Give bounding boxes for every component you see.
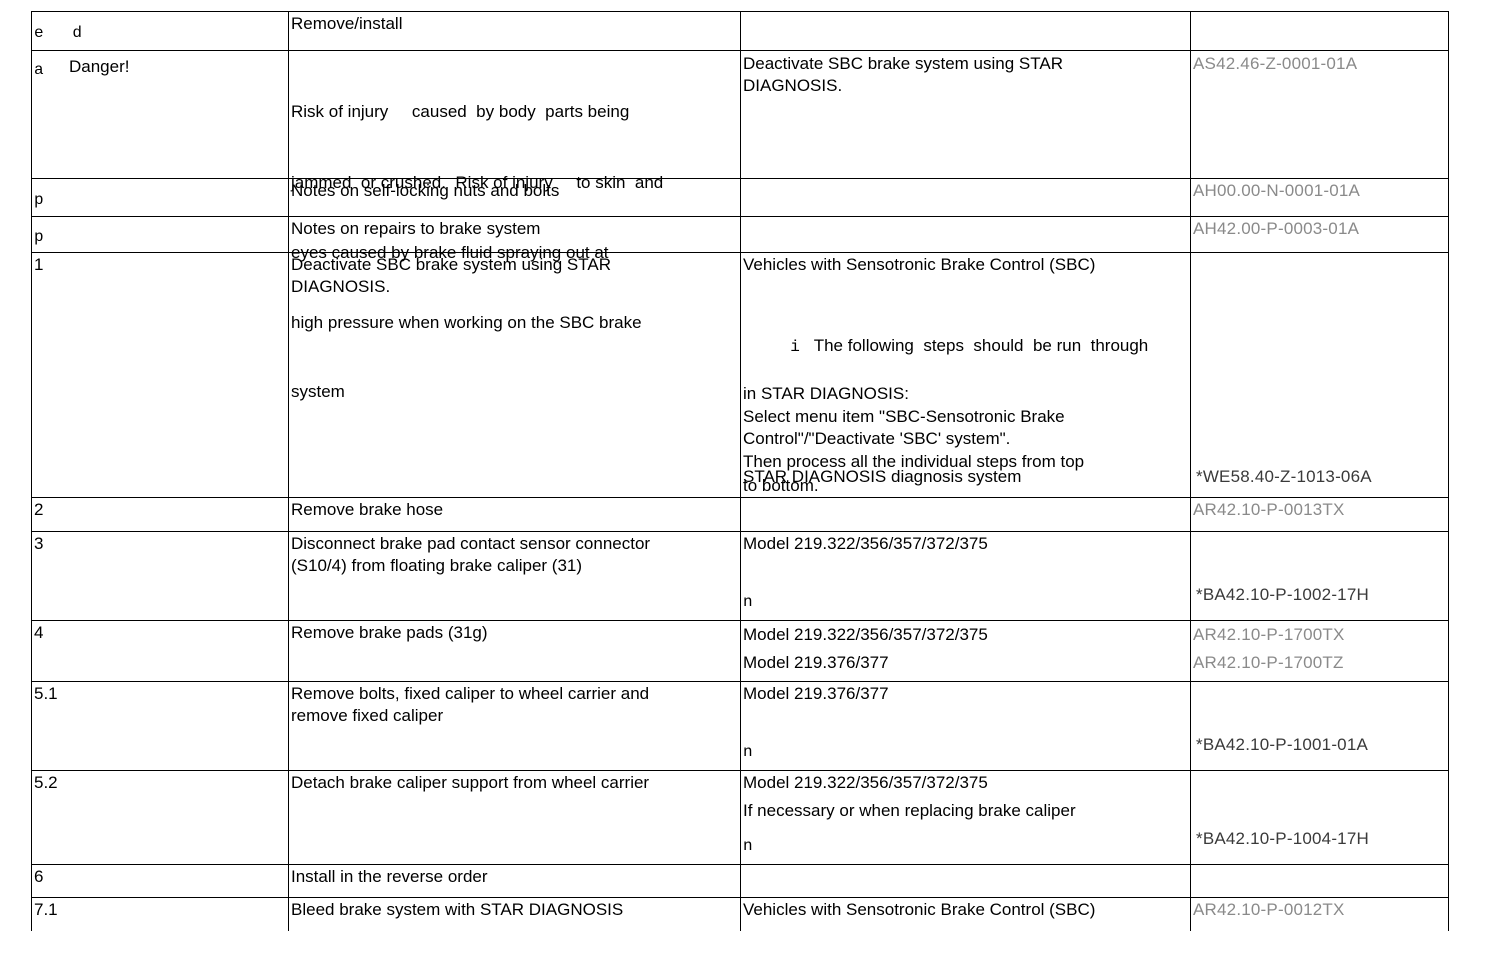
step-cell: 5.2 [32, 771, 288, 864]
info-icon: i [790, 338, 800, 356]
step-number: 5.1 [34, 684, 58, 703]
info-line: The following steps should be run throug… [814, 336, 1149, 355]
condition-cell [740, 498, 1190, 531]
table-row: 7.1 Bleed brake system with STAR DIAGNOS… [32, 898, 1448, 931]
condition-cell: Vehicles with Sensotronic Brake Control … [740, 253, 1190, 497]
condition-cell [740, 865, 1190, 897]
description-cell: Bleed brake system with STAR DIAGNOSIS [288, 898, 740, 931]
table-row: 2 Remove brake hose AR42.10-P-0013TX [32, 498, 1448, 532]
description-text: Remove brake hose [291, 500, 443, 519]
table-row: 5.1 Remove bolts, fixed caliper to wheel… [32, 682, 1448, 771]
description-cell: Remove bolts, fixed caliper to wheel car… [288, 682, 740, 770]
step-cell: 7.1 [32, 898, 288, 931]
procedure-icon: n [743, 835, 753, 857]
step-cell: e d [32, 12, 288, 50]
condition-text: Model 219.322/356/357/372/375 [743, 533, 1187, 555]
reference-cell: AR42.10-P-0012TX [1190, 898, 1448, 931]
step-cell: 2 [32, 498, 288, 531]
step-cell: a Danger! [32, 51, 288, 178]
reference-cell: *BA42.10-P-1001-01A [1190, 682, 1448, 770]
table-row: e d Remove/install [32, 12, 1448, 51]
table-row: p Notes on repairs to brake system AH42.… [32, 217, 1448, 253]
step-cell: 1 [32, 253, 288, 497]
description-text: Remove brake pads (31g) [291, 623, 488, 642]
condition-text: Model 219.376/377 [743, 649, 1187, 677]
condition-cell: Model 219.322/356/357/372/375 If necessa… [740, 771, 1190, 864]
description-line: Risk of injury caused by body parts bein… [291, 100, 737, 124]
reference-cell [1190, 865, 1448, 897]
description-text: Notes on repairs to brake system [291, 219, 540, 238]
step-cell: p [32, 179, 288, 216]
step-number: 7.1 [34, 900, 58, 919]
condition-text: If necessary or when replacing brake cal… [743, 800, 1076, 822]
table-row: 3 Disconnect brake pad contact sensor co… [32, 532, 1448, 621]
condition-cell: Deactivate SBC brake system using STAR D… [740, 51, 1190, 178]
description-line: remove fixed caliper [291, 705, 737, 727]
description-text: Install in the reverse order [291, 867, 488, 886]
condition-cell: Model 219.376/377 n [740, 682, 1190, 770]
step-cell: p [32, 217, 288, 252]
description-line: (S10/4) from floating brake caliper (31) [291, 555, 737, 577]
step-number: 3 [34, 534, 43, 553]
repair-procedure-table: e d Remove/install a Danger! Risk of inj… [31, 11, 1449, 931]
remove-install-symbol-icon: e d [34, 22, 82, 44]
step-cell: 5.1 [32, 682, 288, 770]
reference-cell [1190, 12, 1448, 50]
step-number: 5.2 [34, 773, 58, 792]
procedure-reference-link[interactable]: *BA42.10-P-1002-17H [1196, 584, 1369, 606]
step-cell: 4 [32, 621, 288, 681]
condition-line: DIAGNOSIS. [743, 75, 1187, 97]
description-cell: Remove brake pads (31g) [288, 621, 740, 681]
description-line: Deactivate SBC brake system using STAR [291, 254, 737, 276]
description-text: Bleed brake system with STAR DIAGNOSIS [291, 900, 623, 919]
description-cell: Deactivate SBC brake system using STAR D… [288, 253, 740, 497]
description-line: Disconnect brake pad contact sensor conn… [291, 533, 737, 555]
tool-reference-link[interactable]: *WE58.40-Z-1013-06A [1196, 466, 1372, 488]
description-text: Notes on self-locking nuts and bolts [291, 181, 559, 200]
danger-label: Danger! [69, 56, 129, 78]
step-cell: 6 [32, 865, 288, 897]
note-icon: p [34, 189, 44, 211]
condition-line: Deactivate SBC brake system using STAR [743, 53, 1187, 75]
condition-text: Vehicles with Sensotronic Brake Control … [743, 900, 1095, 919]
step-number: 6 [34, 867, 43, 886]
description-cell: Notes on self-locking nuts and bolts [288, 179, 740, 216]
table-row: a Danger! Risk of injury caused by body … [32, 51, 1448, 179]
procedure-icon: n [743, 591, 753, 613]
description-text: Remove/install [291, 14, 403, 33]
description-line: Remove bolts, fixed caliper to wheel car… [291, 683, 737, 705]
description-cell: Install in the reverse order [288, 865, 740, 897]
table-row: 4 Remove brake pads (31g) Model 219.322/… [32, 621, 1448, 682]
document-reference-link[interactable]: AR42.10-P-0013TX [1193, 500, 1345, 519]
table-row: 5.2 Detach brake caliper support from wh… [32, 771, 1448, 865]
note-icon: p [34, 226, 44, 248]
tool-text: STAR DIAGNOSIS diagnosis system [743, 466, 1021, 488]
condition-text: Model 219.322/356/357/372/375 [743, 772, 1187, 794]
procedure-reference-link[interactable]: *BA42.10-P-1004-17H [1196, 828, 1369, 850]
document-reference-link[interactable]: AR42.10-P-0012TX [1193, 900, 1345, 919]
condition-cell [740, 217, 1190, 252]
document-reference-link[interactable]: AH42.00-P-0003-01A [1193, 219, 1359, 238]
condition-text: Model 219.322/356/357/372/375 [743, 621, 1187, 649]
table-row: 6 Install in the reverse order [32, 865, 1448, 898]
description-cell: Remove brake hose [288, 498, 740, 531]
table-row: 1 Deactivate SBC brake system using STAR… [32, 253, 1448, 498]
condition-cell: Model 219.322/356/357/372/375 n [740, 532, 1190, 620]
step-cell: 3 [32, 532, 288, 620]
description-cell: Notes on repairs to brake system [288, 217, 740, 252]
condition-cell: Model 219.322/356/357/372/375 Model 219.… [740, 621, 1190, 681]
document-reference-link[interactable]: AS42.46-Z-0001-01A [1193, 54, 1357, 73]
description-cell: Disconnect brake pad contact sensor conn… [288, 532, 740, 620]
condition-text: Model 219.376/377 [743, 683, 1187, 705]
description-text: Detach brake caliper support from wheel … [291, 773, 649, 792]
reference-cell: AH00.00-N-0001-01A [1190, 179, 1448, 216]
reference-cell: *BA42.10-P-1002-17H [1190, 532, 1448, 620]
reference-cell: AS42.46-Z-0001-01A [1190, 51, 1448, 178]
document-reference-link[interactable]: AR42.10-P-1700TX [1193, 625, 1345, 644]
document-reference-link[interactable]: AH00.00-N-0001-01A [1193, 181, 1360, 200]
reference-cell: AR42.10-P-1700TX AR42.10-P-1700TZ [1190, 621, 1448, 681]
reference-cell: AR42.10-P-0013TX [1190, 498, 1448, 531]
info-line: in STAR DIAGNOSIS: [743, 382, 1183, 405]
condition-text: Vehicles with Sensotronic Brake Control … [743, 254, 1187, 276]
procedure-icon: n [743, 741, 753, 763]
document-reference-link[interactable]: AR42.10-P-1700TZ [1193, 653, 1344, 672]
procedure-reference-link[interactable]: *BA42.10-P-1001-01A [1196, 734, 1368, 756]
description-cell: Risk of injury caused by body parts bein… [288, 51, 740, 178]
reference-cell: *BA42.10-P-1004-17H [1190, 771, 1448, 864]
condition-cell [740, 179, 1190, 216]
info-line: Control"/"Deactivate 'SBC' system". [743, 428, 1183, 450]
info-line: Select menu item "SBC-Sensotronic Brake [743, 405, 1183, 428]
step-number: 1 [34, 255, 43, 274]
step-number: 2 [34, 500, 43, 519]
condition-cell [740, 12, 1190, 50]
step-number: 4 [34, 623, 43, 642]
reference-cell: AH42.00-P-0003-01A [1190, 217, 1448, 252]
table-row: p Notes on self-locking nuts and bolts A… [32, 179, 1448, 217]
condition-cell: Vehicles with Sensotronic Brake Control … [740, 898, 1190, 931]
reference-cell: *WE58.40-Z-1013-06A [1190, 253, 1448, 497]
description-cell: Detach brake caliper support from wheel … [288, 771, 740, 864]
description-line: DIAGNOSIS. [291, 276, 737, 298]
danger-icon: a [34, 59, 44, 81]
description-cell: Remove/install [288, 12, 740, 50]
